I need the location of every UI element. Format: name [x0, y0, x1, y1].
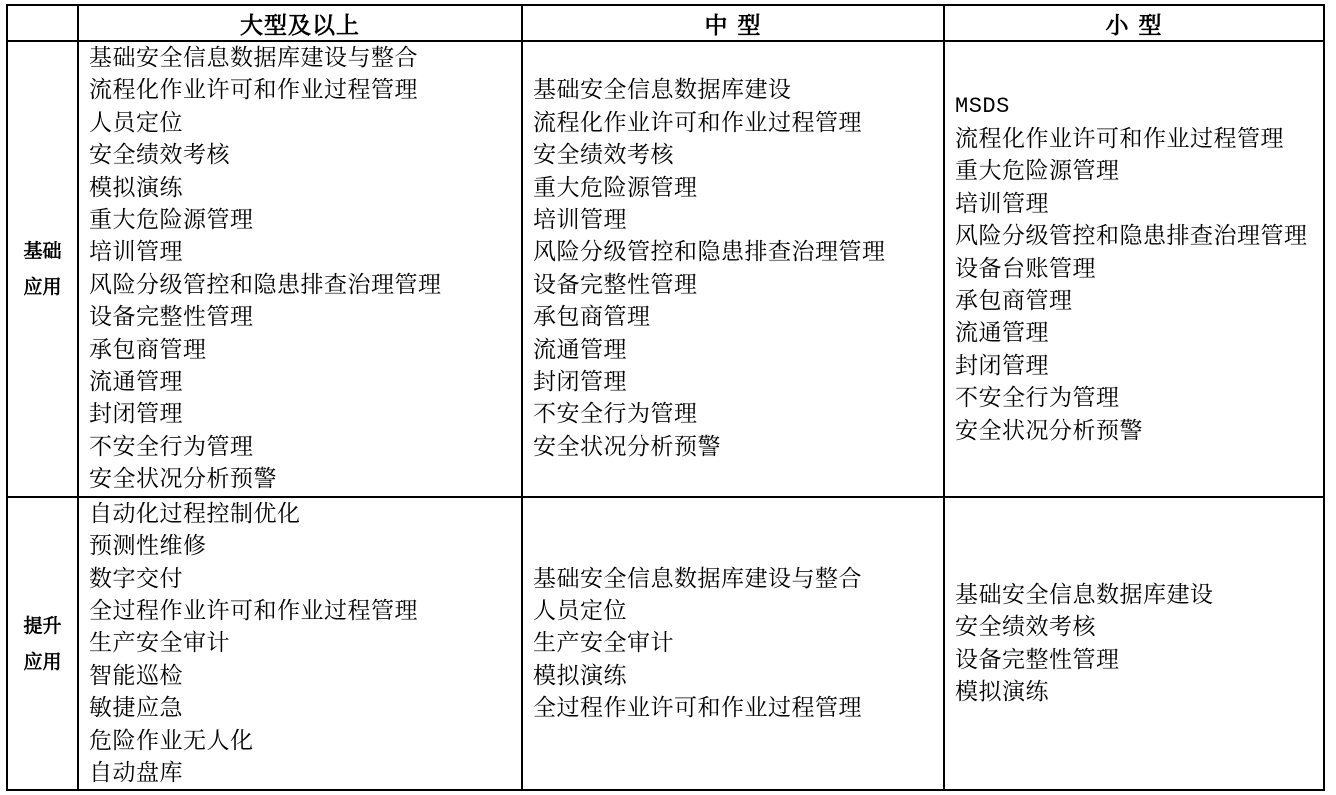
- header-corner: [7, 5, 78, 41]
- item-list: 基础安全信息数据库建设安全绩效考核设备完整性管理模拟演练: [955, 579, 1319, 709]
- list-item: 封闭管理: [955, 350, 1319, 382]
- item-list: 基础安全信息数据库建设与整合人员定位生产安全审计模拟演练全过程作业许可和作业过程…: [533, 563, 939, 725]
- list-item: 生产安全审计: [89, 627, 517, 659]
- category-basic-application: 基础 应用: [7, 41, 78, 497]
- list-item: 基础安全信息数据库建设与整合: [89, 42, 517, 74]
- application-matrix-table: 大型及以上 中 型 小 型 基础 应用 基础安全信息数据库建设与整合流程化作业许…: [6, 4, 1325, 791]
- list-item: 基础安全信息数据库建设: [955, 579, 1319, 611]
- list-item: 人员定位: [89, 107, 517, 139]
- item-list: MSDS流程化作业许可和作业过程管理重大危险源管理培训管理风险分级管控和隐患排查…: [955, 91, 1319, 447]
- category-label-line2: 应用: [8, 269, 77, 305]
- list-item: 安全状况分析预警: [955, 415, 1319, 447]
- list-item: MSDS: [955, 91, 1319, 123]
- list-item: 基础安全信息数据库建设: [533, 74, 939, 106]
- list-item: 流程化作业许可和作业过程管理: [89, 74, 517, 106]
- list-item: 不安全行为管理: [89, 431, 517, 463]
- cell-advanced-small: 基础安全信息数据库建设安全绩效考核设备完整性管理模拟演练: [944, 497, 1324, 791]
- list-item: 智能巡检: [89, 660, 517, 692]
- list-item: 流程化作业许可和作业过程管理: [533, 107, 939, 139]
- item-list: 自动化过程控制优化预测性维修数字交付全过程作业许可和作业过程管理生产安全审计智能…: [89, 498, 517, 790]
- list-item: 自动化过程控制优化: [89, 498, 517, 530]
- table-row-basic-application: 基础 应用 基础安全信息数据库建设与整合流程化作业许可和作业过程管理人员定位安全…: [7, 41, 1324, 497]
- list-item: 培训管理: [89, 236, 517, 268]
- list-item: 流通管理: [955, 317, 1319, 349]
- header-large-and-above: 大型及以上: [78, 5, 522, 41]
- list-item: 模拟演练: [89, 172, 517, 204]
- list-item: 模拟演练: [955, 676, 1319, 708]
- category-label-line1: 提升: [8, 608, 77, 644]
- list-item: 安全状况分析预警: [533, 431, 939, 463]
- cell-advanced-large: 自动化过程控制优化预测性维修数字交付全过程作业许可和作业过程管理生产安全审计智能…: [78, 497, 522, 791]
- list-item: 全过程作业许可和作业过程管理: [89, 595, 517, 627]
- list-item: 危险作业无人化: [89, 725, 517, 757]
- list-item: 设备完整性管理: [955, 644, 1319, 676]
- cell-basic-large: 基础安全信息数据库建设与整合流程化作业许可和作业过程管理人员定位安全绩效考核模拟…: [78, 41, 522, 497]
- list-item: 培训管理: [955, 188, 1319, 220]
- list-item: 安全状况分析预警: [89, 463, 517, 495]
- category-label-line1: 基础: [8, 233, 77, 269]
- list-item: 封闭管理: [533, 366, 939, 398]
- list-item: 重大危险源管理: [89, 204, 517, 236]
- cell-basic-medium: 基础安全信息数据库建设流程化作业许可和作业过程管理安全绩效考核重大危险源管理培训…: [522, 41, 944, 497]
- list-item: 流通管理: [89, 366, 517, 398]
- list-item: 不安全行为管理: [955, 382, 1319, 414]
- list-item: 流程化作业许可和作业过程管理: [955, 123, 1319, 155]
- cell-advanced-medium: 基础安全信息数据库建设与整合人员定位生产安全审计模拟演练全过程作业许可和作业过程…: [522, 497, 944, 791]
- cell-basic-small: MSDS流程化作业许可和作业过程管理重大危险源管理培训管理风险分级管控和隐患排查…: [944, 41, 1324, 497]
- list-item: 安全绩效考核: [955, 611, 1319, 643]
- list-item: 设备完整性管理: [533, 269, 939, 301]
- list-item: 安全绩效考核: [533, 139, 939, 171]
- list-item: 设备台账管理: [955, 253, 1319, 285]
- table-row-advanced-application: 提升 应用 自动化过程控制优化预测性维修数字交付全过程作业许可和作业过程管理生产…: [7, 497, 1324, 791]
- list-item: 风险分级管控和隐患排查治理管理: [533, 236, 939, 268]
- list-item: 重大危险源管理: [955, 155, 1319, 187]
- list-item: 自动盘库: [89, 757, 517, 789]
- list-item: 模拟演练: [533, 660, 939, 692]
- list-item: 人员定位: [533, 595, 939, 627]
- list-item: 流通管理: [533, 334, 939, 366]
- list-item: 封闭管理: [89, 398, 517, 430]
- list-item: 数字交付: [89, 563, 517, 595]
- list-item: 预测性维修: [89, 530, 517, 562]
- item-list: 基础安全信息数据库建设与整合流程化作业许可和作业过程管理人员定位安全绩效考核模拟…: [89, 42, 517, 496]
- list-item: 不安全行为管理: [533, 398, 939, 430]
- list-item: 培训管理: [533, 204, 939, 236]
- header-medium: 中 型: [522, 5, 944, 41]
- list-item: 承包商管理: [89, 334, 517, 366]
- list-item: 承包商管理: [533, 301, 939, 333]
- list-item: 生产安全审计: [533, 627, 939, 659]
- list-item: 承包商管理: [955, 285, 1319, 317]
- category-label-line2: 应用: [8, 644, 77, 680]
- list-item: 全过程作业许可和作业过程管理: [533, 692, 939, 724]
- list-item: 安全绩效考核: [89, 139, 517, 171]
- header-row: 大型及以上 中 型 小 型: [7, 5, 1324, 41]
- list-item: 设备完整性管理: [89, 301, 517, 333]
- list-item: 重大危险源管理: [533, 172, 939, 204]
- list-item: 风险分级管控和隐患排查治理管理: [89, 269, 517, 301]
- list-item: 基础安全信息数据库建设与整合: [533, 563, 939, 595]
- list-item: 风险分级管控和隐患排查治理管理: [955, 220, 1319, 252]
- header-small: 小 型: [944, 5, 1324, 41]
- category-advanced-application: 提升 应用: [7, 497, 78, 791]
- item-list: 基础安全信息数据库建设流程化作业许可和作业过程管理安全绩效考核重大危险源管理培训…: [533, 74, 939, 463]
- list-item: 敏捷应急: [89, 692, 517, 724]
